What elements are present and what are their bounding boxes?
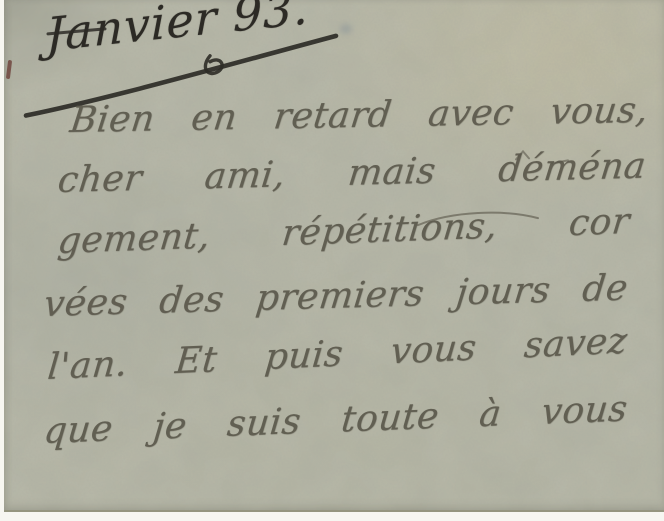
handwriting-line-6: que je suis toute à vous xyxy=(42,391,629,450)
handwriting-line-4: vées des premiers jours de xyxy=(42,271,630,323)
handwriting-line-3: gement, répétitions, cor xyxy=(56,204,631,260)
letter-card: Janvier 93. Bien en retard avec vous, ch… xyxy=(4,0,664,512)
handwriting-line-1: Bien en retard avec vous, xyxy=(68,93,650,139)
handwriting-line-5: l'an. Et puis vous savez xyxy=(46,323,629,386)
handwriting-line-2: cher ami, mais déména xyxy=(56,149,648,199)
scanned-letter-page: Janvier 93. Bien en retard avec vous, ch… xyxy=(0,0,664,521)
date-heading: Janvier 93. xyxy=(46,0,309,62)
blue-smudge xyxy=(340,24,352,34)
red-ink-edge-mark xyxy=(6,60,12,79)
nine-descender-loop xyxy=(205,56,222,74)
